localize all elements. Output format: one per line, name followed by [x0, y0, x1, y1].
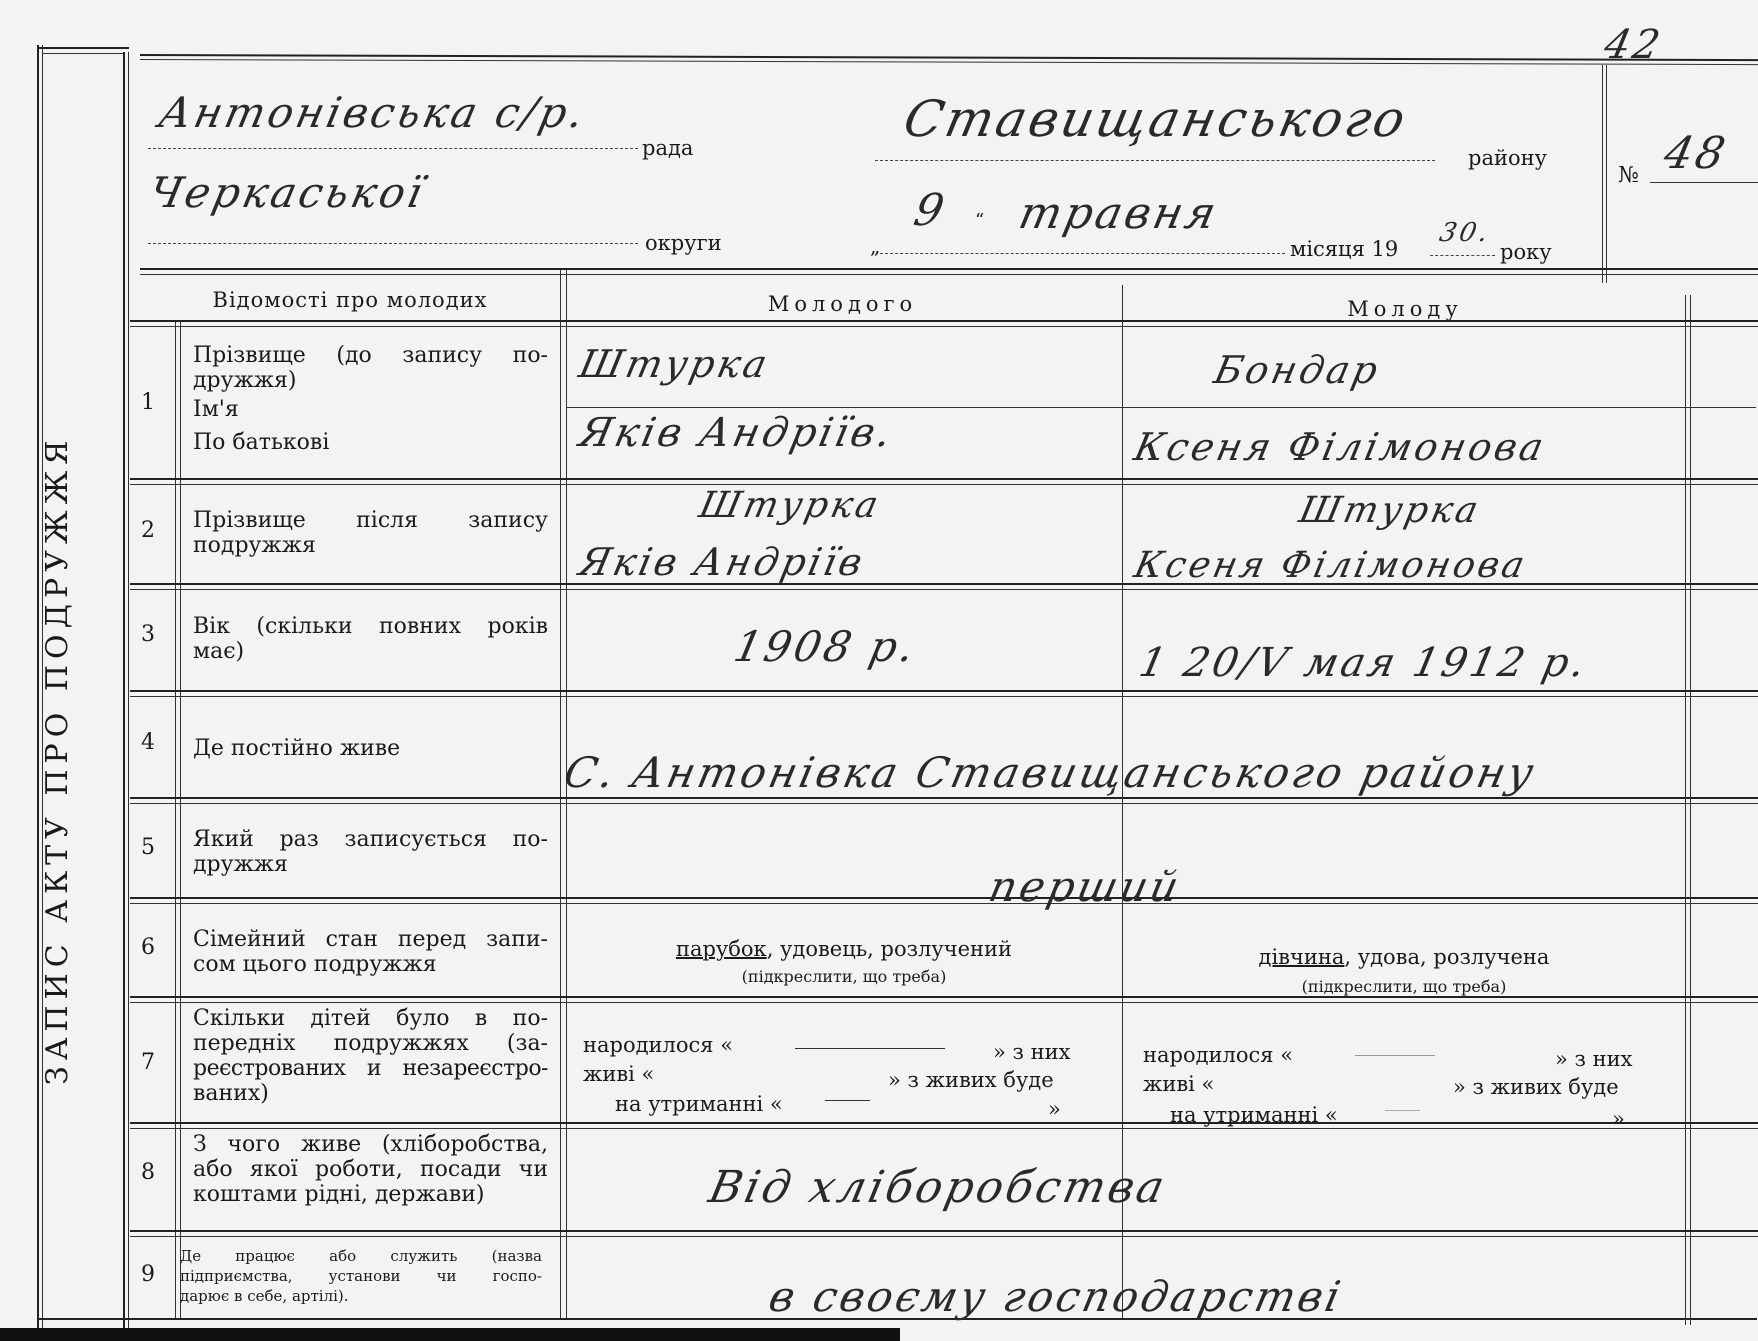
number-box-divider-inner — [1606, 65, 1607, 283]
scan-bottom-edge — [0, 1328, 900, 1341]
year-underline — [1430, 255, 1495, 256]
row1-name-ruling — [566, 407, 1756, 408]
page-number: 42 — [1600, 22, 1667, 68]
number-box-divider — [1602, 65, 1603, 283]
row-9-workplace: в своєму господарстві — [765, 1272, 1348, 1321]
row-2-bride-surname: Штурка — [1296, 490, 1485, 531]
row-divider-header — [130, 320, 1758, 322]
row-7-bride-alive-label: живі « — [1143, 1072, 1214, 1096]
row-2-groom-surname: Штурка — [696, 485, 885, 526]
row-divider-1 — [130, 478, 1758, 480]
row-3-groom-age: 1908 р. — [730, 622, 922, 671]
row-2-number: 2 — [128, 518, 168, 543]
row-8-label: З чого живе (хліборобства, або якої робо… — [193, 1132, 548, 1207]
rada-value: Антонівська с/р. — [155, 88, 591, 137]
row-9-label-line-2: підприємства, установи чи госпо- — [180, 1266, 542, 1286]
table-top-border — [140, 268, 1758, 270]
okruha-underline — [148, 243, 638, 244]
row-8-label-line-1: З чого живе (хліборобства, — [193, 1132, 548, 1157]
bride-col-divider — [1685, 295, 1686, 1325]
row-4-number: 4 — [128, 730, 168, 755]
rada-underline — [148, 148, 638, 149]
row-5-number: 5 — [128, 835, 168, 860]
number-value: 48 — [1660, 128, 1733, 179]
row-7-groom-alive-end: » з живих буде — [888, 1068, 1054, 1092]
row-3-bride-age: 1 20/V мая 1912 р. — [1135, 640, 1592, 686]
row-7-groom-alive-label: живі « — [583, 1062, 654, 1086]
row-divider-4 — [130, 797, 1758, 799]
frame-title-column-inner — [128, 52, 129, 1330]
row-9-label: Де працює або служить (назва підприємств… — [180, 1246, 542, 1306]
row-9-label-line-1: Де працює або служить (назва — [180, 1246, 542, 1266]
okruha-value: Черкаської — [145, 168, 430, 217]
raion-value: Ставищанського — [899, 90, 1413, 148]
row-5-label: Який раз записується по- дружжя — [193, 827, 548, 877]
row-1-label: Прізвище (до запису по- дружжя) Ім'я По … — [193, 343, 548, 455]
row-2-label: Прізвище після запису подружжя — [193, 508, 548, 558]
col-header-bride: Молоду — [1125, 297, 1685, 321]
row-2-label-line-1: Прізвище після запису — [193, 508, 548, 533]
number-label: № — [1618, 163, 1639, 188]
row-7-bride-born-label: народилося « — [1143, 1043, 1293, 1067]
row-1-number: 1 — [128, 390, 168, 415]
row-1-label-line-4: По батькові — [193, 430, 548, 455]
row-6-number: 6 — [128, 935, 168, 960]
row-1-label-line-3: Ім'я — [193, 397, 548, 422]
month-label: місяця 19 — [1290, 237, 1398, 261]
day-value: 9 — [910, 185, 952, 236]
bride-col-divider-inner — [1690, 295, 1691, 1325]
row-8-number: 8 — [128, 1160, 168, 1185]
row-5-marriage-count: перший — [985, 862, 1186, 911]
frame-title-column-border — [123, 52, 125, 1330]
row-7-label: Скільки дітей було в по- передніх подруж… — [193, 1006, 548, 1106]
row-divider-6 — [130, 996, 1758, 998]
row-7-bride-born-end: » з них — [1555, 1047, 1633, 1071]
frame-top-left-inner — [42, 53, 124, 54]
row-2-groom-name: Яків Андріїв — [575, 540, 869, 584]
col-header-info: Відомості про молодих — [140, 288, 560, 312]
row-6-groom-other-options: , удовець, розлучений — [767, 937, 1012, 961]
raion-label: району — [1468, 146, 1547, 170]
row-2-bride-name: Ксеня Філімонова — [1131, 545, 1531, 586]
row-7-label-line-1: Скільки дітей було в по- — [193, 1006, 548, 1031]
row-1-groom-surname: Штурка — [575, 342, 773, 386]
row-divider-7 — [130, 1122, 1758, 1124]
month-value: травня — [1015, 188, 1224, 239]
num-col-divider — [175, 320, 176, 1318]
row-7-label-line-2: передніх подружжях (за- — [193, 1031, 548, 1056]
row-6-bride-other-options: , удова, розлучена — [1344, 945, 1549, 969]
row-7-bride-support-end: » — [1612, 1107, 1625, 1131]
row-1-bride-surname: Бондар — [1210, 348, 1384, 392]
num-col-divider-inner — [180, 320, 181, 1318]
row-7-groom-born-end: » з них — [993, 1040, 1071, 1064]
row-7-bride-support-label: на утриманні « — [1170, 1103, 1338, 1127]
row-2-label-line-2: подружжя — [193, 533, 548, 558]
row-1-groom-name: Яків Андріїв. — [575, 410, 898, 456]
row-3-label: Вік (скільки повних років має) — [193, 614, 548, 664]
row-5-label-line-2: дружжя — [193, 852, 548, 877]
row-4-label-line-1: Де постійно живе — [193, 736, 548, 761]
row-divider-5 — [130, 897, 1758, 899]
raion-underline — [875, 160, 1435, 161]
row-1-label-line-2: дружжя) — [193, 368, 548, 393]
year-label: року — [1500, 240, 1552, 264]
row-7-groom-born-label: народилося « — [583, 1033, 733, 1057]
year-suffix: 30. — [1437, 218, 1494, 248]
row-7-number: 7 — [128, 1050, 168, 1075]
row-7-groom-support-label: на утриманні « — [615, 1092, 783, 1116]
row-3-number: 3 — [128, 622, 168, 647]
row-6-bride-options: дівчина, удова, розлучена — [1123, 945, 1685, 969]
row-7-bride-born-value[interactable] — [1355, 1055, 1435, 1056]
row-8-occupation: Від хліборобства — [705, 1162, 1172, 1213]
row-9-number: 9 — [128, 1262, 168, 1287]
row-8-label-line-2: або якої роботи, посади чи — [193, 1157, 548, 1182]
row-8-label-line-3: коштами рідні, держави) — [193, 1182, 548, 1207]
row-7-groom-support-end: » — [1048, 1097, 1061, 1121]
row-4-residence: С. Антонівка Ставищанського району — [560, 748, 1541, 797]
row-6-groom-hint: (підкреслити, що треба) — [566, 967, 1122, 986]
row-5-label-line-1: Який раз записується по- — [193, 827, 548, 852]
okruha-label: округи — [645, 231, 722, 255]
rada-label: рада — [642, 136, 693, 160]
month-underline — [880, 253, 1285, 254]
row-divider-8 — [130, 1230, 1758, 1232]
row-7-groom-born-value[interactable] — [795, 1048, 945, 1049]
row-7-groom-support-value[interactable] — [825, 1100, 870, 1101]
row-6-groom-selected[interactable]: парубок — [676, 937, 767, 961]
row-3-label-line-1: Вік (скільки повних років — [193, 614, 548, 639]
row-6-groom-options: парубок, удовець, розлучений — [566, 937, 1122, 961]
frame-left-border — [37, 45, 39, 1330]
number-underline — [1650, 182, 1758, 183]
row-1-bride-name: Ксеня Філімонова — [1130, 425, 1550, 469]
row-divider-3 — [130, 690, 1758, 692]
document-title-vertical: ЗАПИС АКТУ ПРО ПОДРУЖЖЯ — [40, 434, 75, 1085]
row-7-label-line-3: реєстрованих и незареєстро- — [193, 1056, 548, 1081]
row-7-bride-alive-end: » з живих буде — [1453, 1075, 1619, 1099]
row-7-label-line-4: ваних) — [193, 1081, 548, 1106]
day-open-quote: „ — [870, 234, 880, 258]
row-9-label-line-3: дарює в себе, артілі). — [180, 1286, 542, 1306]
row-6-label: Сімейний стан перед запи- сом цього подр… — [193, 927, 548, 977]
day-close-quote: “ — [975, 210, 984, 231]
row-1-label-line-1: Прізвище (до запису по- — [193, 343, 548, 368]
row-6-label-line-2: сом цього подружжя — [193, 952, 548, 977]
row-6-bride-selected[interactable]: дівчина — [1259, 945, 1345, 969]
row-6-bride-hint: (підкреслити, що треба) — [1123, 977, 1685, 996]
row-3-label-line-2: має) — [193, 639, 548, 664]
frame-top-left — [37, 47, 129, 49]
row-4-label: Де постійно живе — [193, 736, 548, 761]
row-6-label-line-1: Сімейний стан перед запи- — [193, 927, 548, 952]
row-7-bride-support-value[interactable] — [1385, 1110, 1420, 1111]
col-header-groom: Молодого — [565, 292, 1120, 316]
